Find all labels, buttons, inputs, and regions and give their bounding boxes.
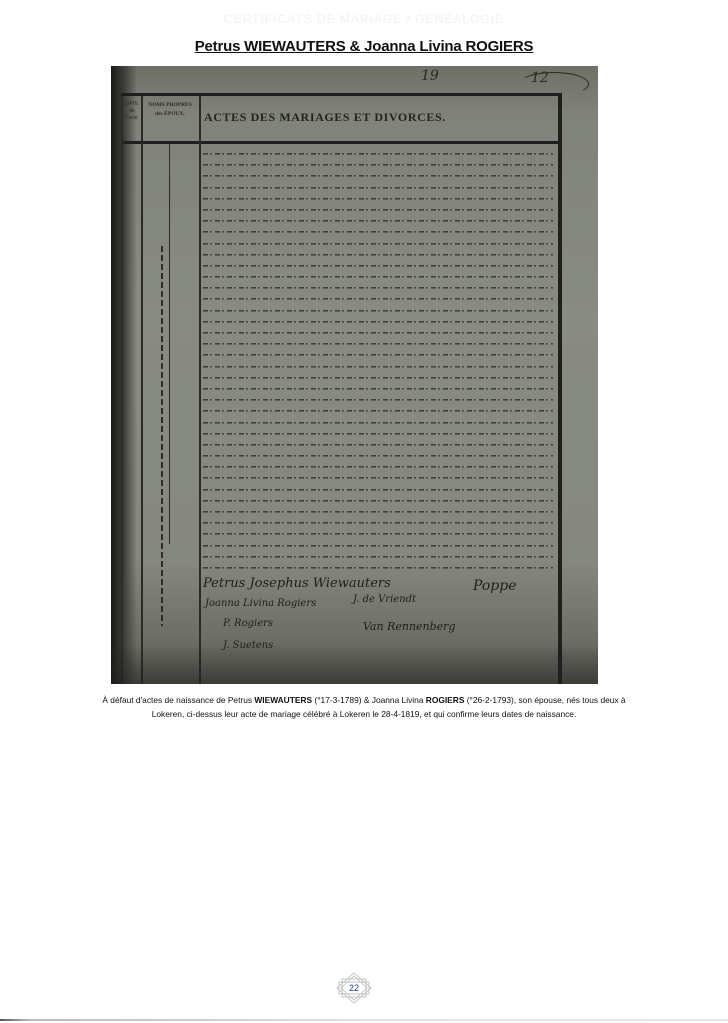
marriage-record-scan: DATE de l'acte NOMS PROPRES des ÉPOUX. A…	[111, 66, 598, 684]
page-number-badge: 22	[333, 972, 375, 1004]
caption-bride-surname: ROGIERS	[426, 695, 465, 705]
register-frame-right	[558, 93, 562, 684]
caption-text: (°26-2-1793), son épouse, nés tous deux …	[464, 695, 625, 705]
caption-text: À défaut d'actes de naissance de Petrus	[102, 695, 254, 705]
column-divider	[121, 96, 123, 684]
caption-text: Lokeren, ci-dessus leur acte de mariage …	[152, 709, 577, 719]
signature: Joanna Livina Rogiers	[205, 598, 316, 609]
register-frame-top	[121, 93, 561, 96]
signature: J. de Vriendt	[353, 594, 416, 605]
column-heading-date: DATE de l'acte	[125, 101, 139, 122]
signature: Poppe	[473, 578, 517, 594]
page-number: 22	[333, 972, 375, 1004]
register-header-divider	[121, 141, 561, 144]
column-heading-names: NOMS PROPRES des ÉPOUX.	[145, 101, 195, 119]
caption-text: (°17-3-1789) & Joanna Livina	[312, 695, 426, 705]
folio-number: 19	[421, 68, 439, 84]
caption-groom-surname: WIEWAUTERS	[254, 695, 312, 705]
image-caption: À défaut d'actes de naissance de Petrus …	[60, 693, 668, 721]
folio-circle-mark	[519, 72, 589, 96]
column-divider	[169, 144, 170, 544]
page-title: Petrus WIEWAUTERS & Joanna Livina ROGIER…	[0, 38, 728, 55]
column-divider	[199, 96, 201, 684]
register-heading: ACTES DES MARIAGES ET DIVORCES.	[204, 110, 446, 125]
signature-block: Petrus Josephus Wiewauters Joanna Livina…	[203, 576, 553, 681]
column-divider	[141, 96, 143, 684]
bottom-edge-rule	[0, 1019, 728, 1021]
faded-header-text: CERTIFICATS DE MARIAGE / GENEALOGIE	[0, 12, 728, 26]
signature: Petrus Josephus Wiewauters	[203, 576, 391, 591]
signature: P. Rogiers	[223, 618, 273, 629]
handwritten-record-body	[203, 146, 553, 576]
folio-number-circled: 12	[531, 70, 549, 86]
signature: J. Suetens	[223, 640, 273, 651]
signature: Van Rennenberg	[363, 620, 455, 633]
margin-annotation	[157, 246, 167, 626]
